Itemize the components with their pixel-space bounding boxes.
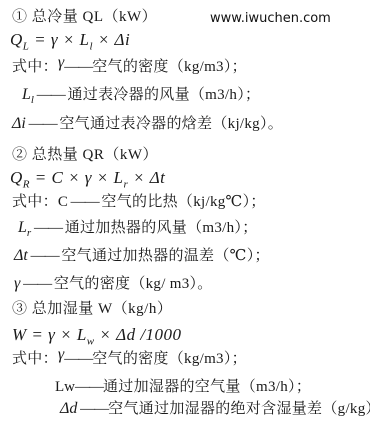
def-lw-airflow: Lw——通过加湿器的空气量（m3/h）； xyxy=(55,376,311,398)
def-text: 空气的密度（kg/ m3）。 xyxy=(54,276,213,292)
formula-total-humidification: W = γ × Lw × Δd /1000 xyxy=(12,324,182,346)
def-ll-airflow: Ll —— 通过表冷器的风量（m3/h）； xyxy=(22,84,260,106)
def-dash: —— xyxy=(28,248,62,264)
formula-term: = C × γ × L xyxy=(30,168,123,187)
def-symbol: γ xyxy=(58,54,64,71)
def-di-enthalpy: Δi —— 空气通过表冷器的焓差（kj/kg）。 xyxy=(12,113,283,135)
formula-term: Q xyxy=(10,168,23,187)
def-symbol: Lw xyxy=(55,379,75,395)
def-text: 空气的比热（kj/kg℃）； xyxy=(101,194,265,210)
def-text: 通过加热器的风量（m3/h）； xyxy=(65,220,258,236)
document-page: ① 总冷量 QL（kW） www.iwuchen.com QL = γ × Ll… xyxy=(0,0,370,430)
def-dash: —— xyxy=(34,87,68,103)
formula-term: × Δt xyxy=(128,168,165,187)
def-text: 空气的密度（kg/m3）； xyxy=(92,351,247,367)
formula-term: = γ × L xyxy=(29,30,89,49)
def-text: 通过加湿器的空气量（m3/h）； xyxy=(103,379,311,395)
def-symbol: γ xyxy=(58,346,64,363)
def-symbol: L xyxy=(22,86,31,103)
def-dash: —— xyxy=(26,116,60,132)
formula-total-heat: QR = C × γ × Lr × Δt xyxy=(10,167,165,189)
def-dd-moisture: Δd ——空气通过加湿器的绝对含湿量差（g/kg）。 xyxy=(60,398,370,420)
section-3-heading: ③ 总加湿量 W（kg/h） xyxy=(12,298,172,320)
def-dash: —— xyxy=(31,220,65,236)
def-symbol: C xyxy=(58,194,68,210)
def-symbol: L xyxy=(18,219,27,236)
def-text: 空气通过表冷器的焓差（kj/kg）。 xyxy=(59,116,283,132)
def-prefix: 式中： xyxy=(12,59,58,75)
section-2-heading: ② 总热量 QR（kW） xyxy=(12,144,158,166)
formula-term: × Δi xyxy=(93,30,130,49)
def-text: 空气的密度（kg/m3）； xyxy=(92,59,247,75)
def-dash: —— xyxy=(64,351,92,367)
def-gamma-density-3: 式中：γ——空气的密度（kg/m3）； xyxy=(12,348,247,370)
def-symbol: Δt xyxy=(14,247,28,264)
def-lr-airflow: Lr —— 通过加热器的风量（m3/h）； xyxy=(18,217,258,239)
watermark: www.iwuchen.com xyxy=(210,8,331,30)
formula-term: × Δd /1000 xyxy=(95,325,182,344)
formula-term: Q xyxy=(10,30,23,49)
def-dash: —— xyxy=(77,401,108,417)
def-dt-temperature: Δt —— 空气通过加热器的温差（℃）； xyxy=(14,245,270,267)
section-1-heading: ① 总冷量 QL（kW） xyxy=(12,6,157,28)
def-prefix: 式中： xyxy=(12,351,58,367)
def-symbol: Δd xyxy=(60,400,77,417)
def-text: 通过表冷器的风量（m3/h）； xyxy=(67,87,260,103)
def-c-specific-heat: 式中：C —— 空气的比热（kj/kg℃）； xyxy=(12,191,266,213)
def-dash: —— xyxy=(68,194,102,210)
formula-term: W xyxy=(12,325,27,344)
formula-subscript: w xyxy=(87,335,95,347)
def-dash: —— xyxy=(64,59,92,75)
def-text: 空气通过加热器的温差（℃）； xyxy=(61,248,269,264)
def-dash: —— xyxy=(20,276,54,292)
formula-total-cooling: QL = γ × Ll × Δi xyxy=(10,29,130,51)
def-prefix: 式中： xyxy=(12,194,58,210)
def-dash: —— xyxy=(75,379,103,395)
def-gamma-density-2: γ —— 空气的密度（kg/ m3）。 xyxy=(14,273,213,295)
formula-subscript: R xyxy=(23,178,30,190)
def-gamma-density-1: 式中：γ——空气的密度（kg/m3）； xyxy=(12,56,247,78)
def-text: 空气通过加湿器的绝对含湿量差（g/kg）。 xyxy=(108,401,370,417)
def-symbol: Δi xyxy=(12,115,26,132)
formula-term: = γ × L xyxy=(27,325,87,344)
